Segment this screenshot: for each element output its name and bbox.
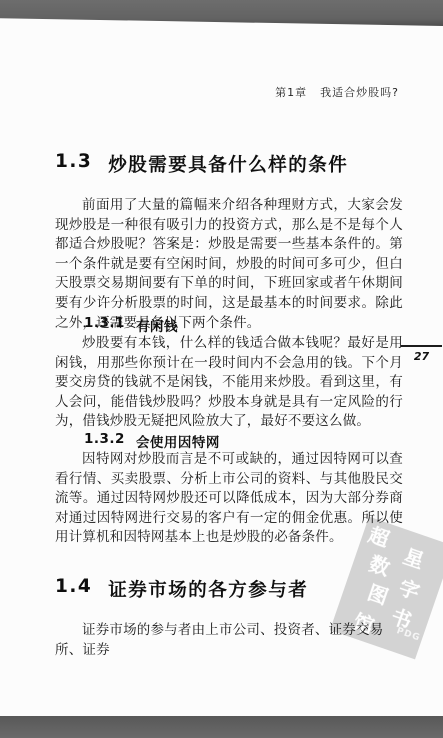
page-number: 27 xyxy=(401,345,442,363)
section-title: 证券市场的各方参与者 xyxy=(108,576,308,602)
watermark-seal-character: 数 xyxy=(366,547,394,581)
running-header-title: 我适合炒股吗? xyxy=(320,84,399,100)
running-header: 第1章 我适合炒股吗? xyxy=(275,84,399,100)
watermark-seal-character: 字 xyxy=(396,571,424,605)
subsection-heading-1-3-2: 1.3.2 会使用因特网 xyxy=(84,431,220,451)
section-number: 1.4 xyxy=(55,576,92,602)
subsection-title: 有闲钱 xyxy=(136,315,178,335)
book-page: 第1章 我适合炒股吗? 1.3 炒股需要具备什么样的条件 前面用了大量的篇幅来介… xyxy=(0,0,443,738)
paragraph-1-3-2: 因特网对炒股而言是不可或缺的，通过因特网可以查看行情、买卖股票、分析上市公司的资… xyxy=(55,450,403,548)
paragraph-intro-1-4: 证券市场的参与者由上市公司、投资者、证券交易所、证券 xyxy=(55,621,403,660)
subsection-title: 会使用因特网 xyxy=(136,431,220,451)
subsection-number: 1.3.1 xyxy=(84,315,125,335)
section-number: 1.3 xyxy=(55,151,92,177)
section-heading-1-3: 1.3 炒股需要具备什么样的条件 xyxy=(55,151,348,177)
subsection-heading-1-3-1: 1.3.1 有闲钱 xyxy=(84,315,178,335)
subsection-number: 1.3.2 xyxy=(84,431,125,451)
section-heading-1-4: 1.4 证券市场的各方参与者 xyxy=(55,576,308,602)
watermark-seal-character: 图 xyxy=(364,576,392,610)
watermark-seal-character: 星 xyxy=(400,540,428,574)
paragraph-intro-1-3: 前面用了大量的篇幅来介绍各种理财方式，大家会发现炒股是一种很有吸引力的投资方式，… xyxy=(55,196,403,333)
running-header-chapter: 第1章 xyxy=(275,84,307,100)
scan-edge-bottom xyxy=(0,716,443,738)
section-title: 炒股需要具备什么样的条件 xyxy=(108,151,348,177)
paragraph-1-3-1: 炒股要有本钱，什么样的钱适合做本钱呢？最好是用闲钱，用那些你预计在一段时间内不会… xyxy=(55,334,403,432)
scan-edge-top xyxy=(0,0,443,26)
